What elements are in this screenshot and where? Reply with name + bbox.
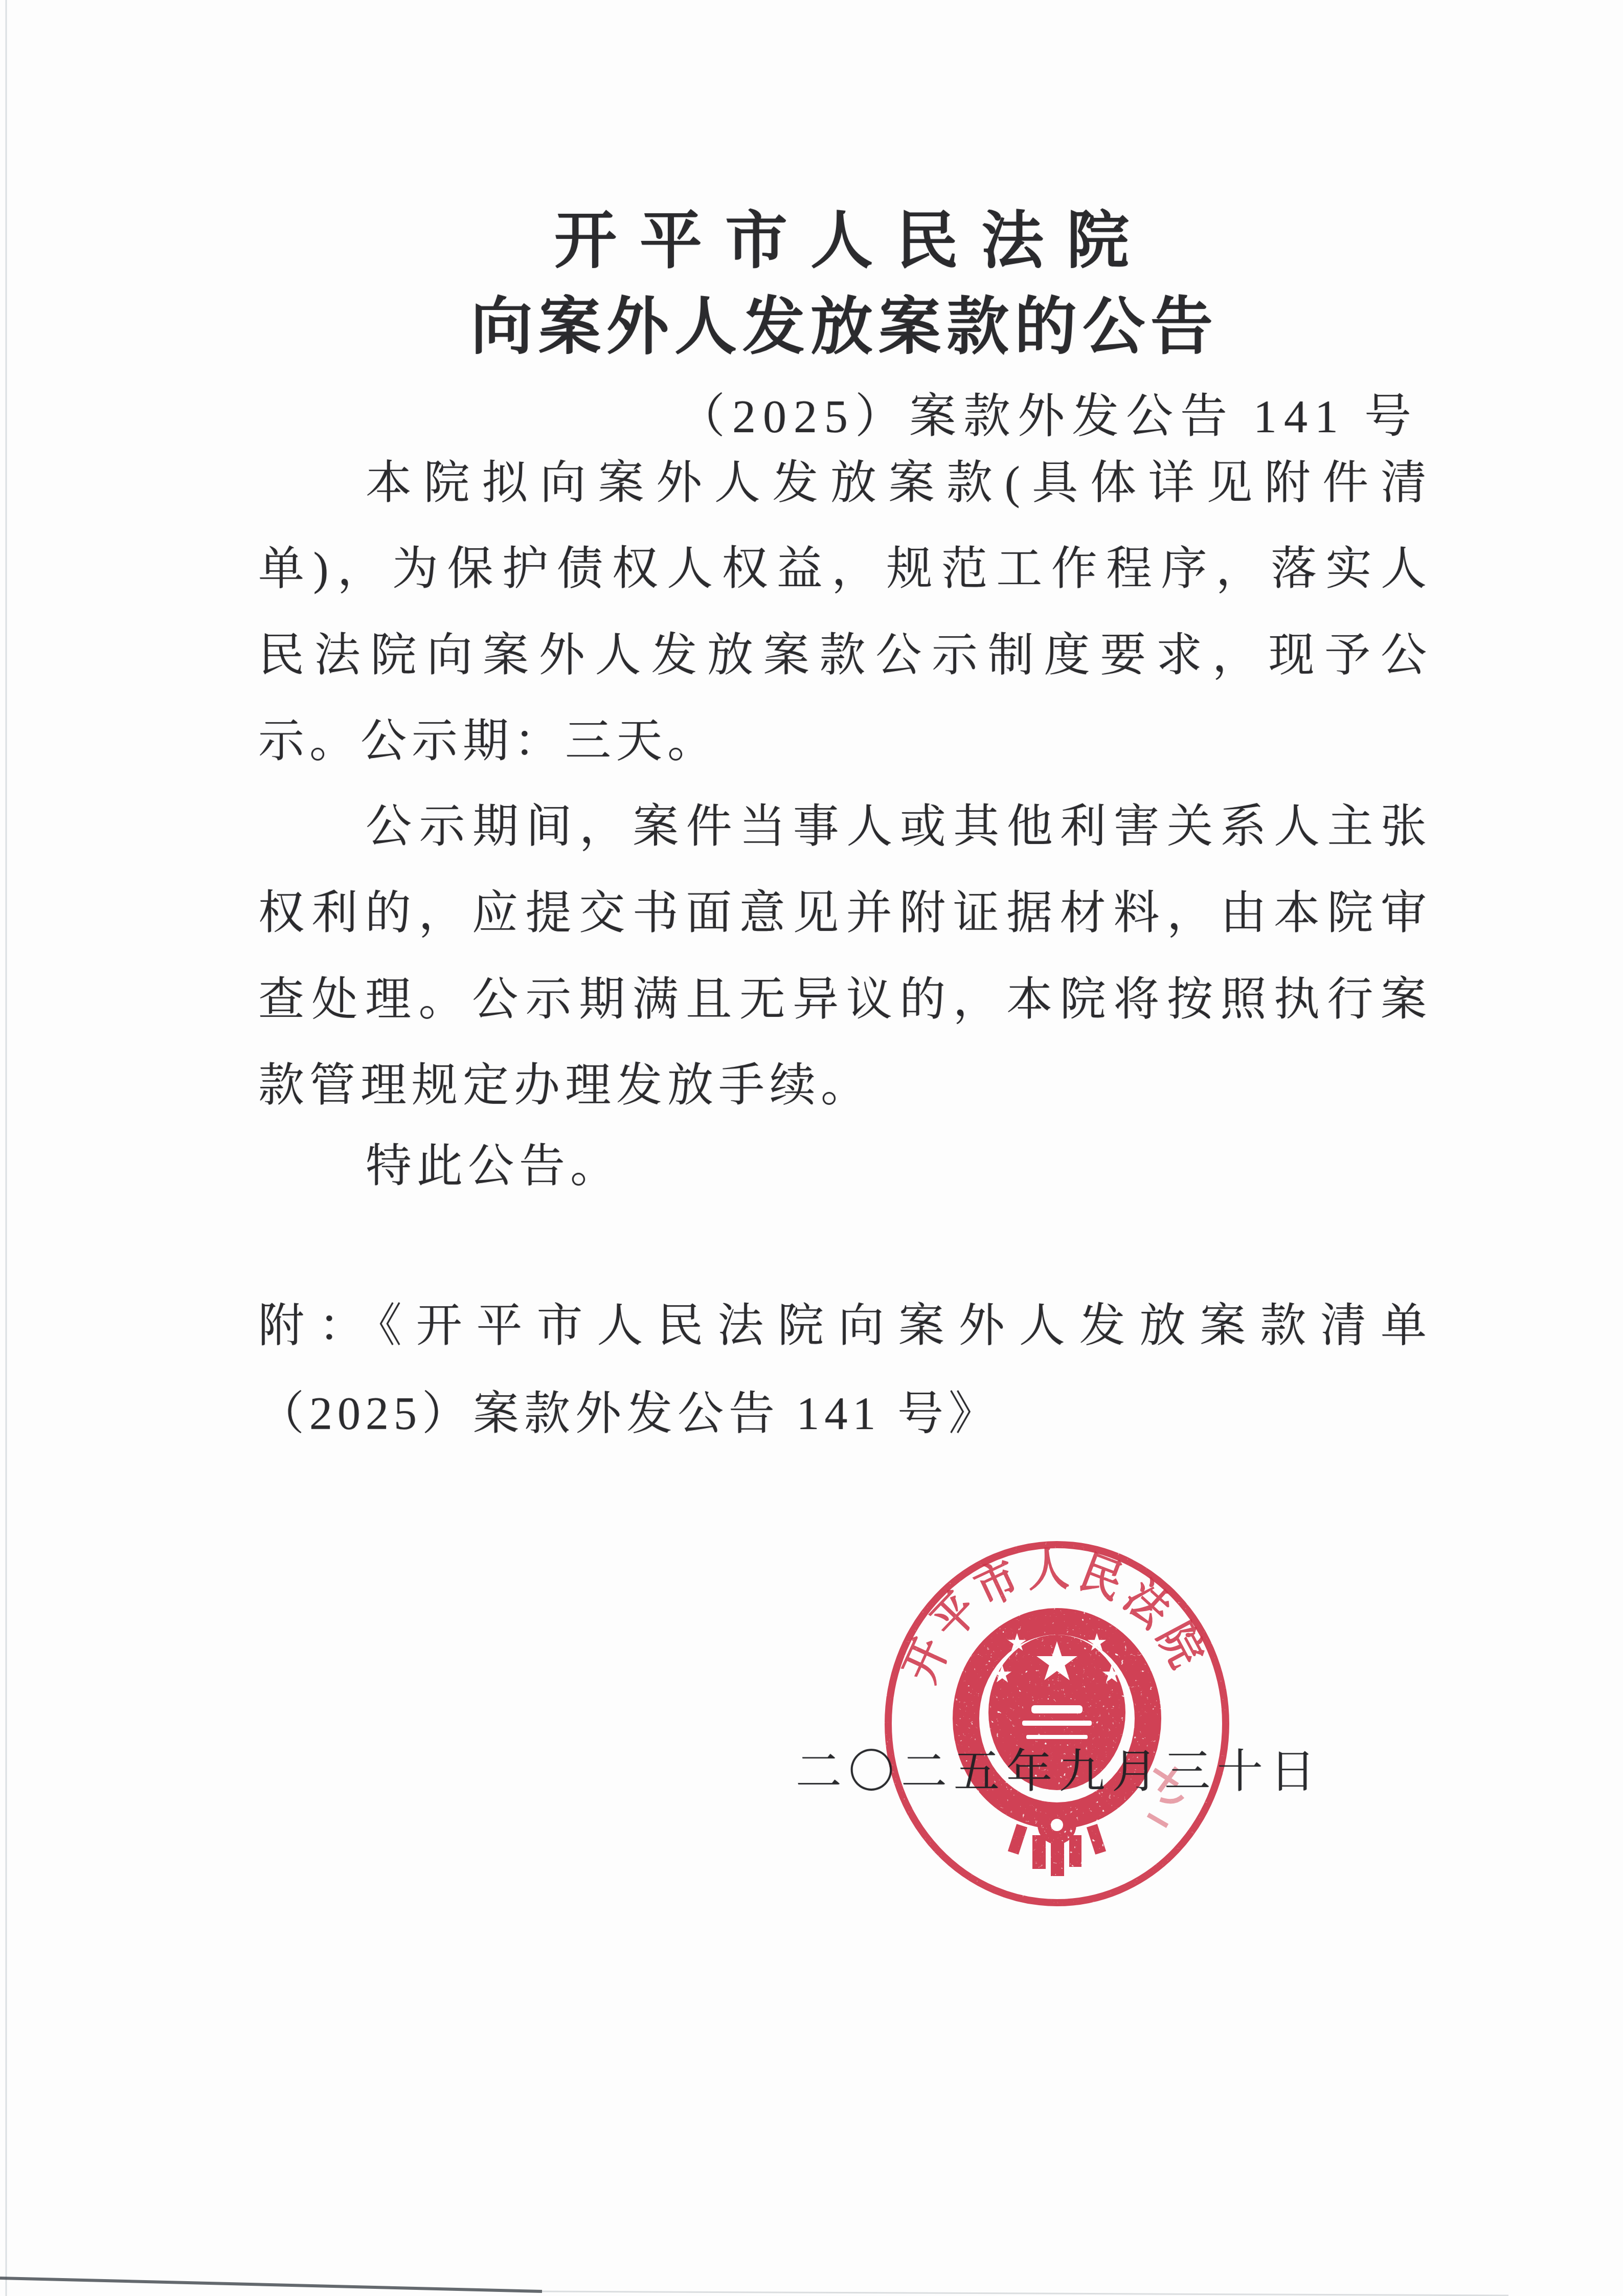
attachment-line2: （2025）案款外发公告 141 号》 — [258, 1387, 1000, 1441]
scan-edge-bottom-dark — [0, 2278, 542, 2291]
body-line: 公示期间，案件当事人或其他利害关系人主张 — [366, 800, 1427, 854]
body-line: 特此公告。 — [366, 1140, 621, 1194]
body-line: 款管理规定办理发放手续。 — [258, 1059, 872, 1113]
issue-date: 二〇二五年九月三十日 — [796, 1734, 1322, 1800]
body-line: 单)，为保护债权人权益，规范工作程序，落实人 — [258, 542, 1427, 596]
court-seal-stamp: 开平市人民法院 — [878, 1539, 1236, 1919]
scan-edge-bottom-light — [542, 2291, 1508, 2295]
body-line: 查处理。公示期满且无异议的，本院将按照执行案 — [258, 973, 1427, 1027]
page-title-line1: 开平市人民法院 — [60, 190, 1623, 280]
page-title-line2: 向案外人发放案款的公告 — [60, 276, 1623, 366]
case-number: （2025）案款外发公告 141 号 — [678, 378, 1418, 446]
body-line: 示。公示期：三天。 — [258, 715, 718, 769]
body-line: 本院拟向案外人发放案款(具体详见附件清 — [366, 456, 1427, 510]
body-line: 民法院向案外人发放案款公示制度要求，现予公 — [258, 629, 1427, 683]
body-line: 权利的，应提交书面意见并附证据材料，由本院审 — [258, 886, 1427, 941]
document-page: 开平市人民法院 向案外人发放案款的公告 （2025）案款外发公告 141 号 本… — [0, 0, 1623, 2296]
attachment-line1: 附：《开平市人民法院向案外人发放案款清单 — [258, 1299, 1427, 1353]
